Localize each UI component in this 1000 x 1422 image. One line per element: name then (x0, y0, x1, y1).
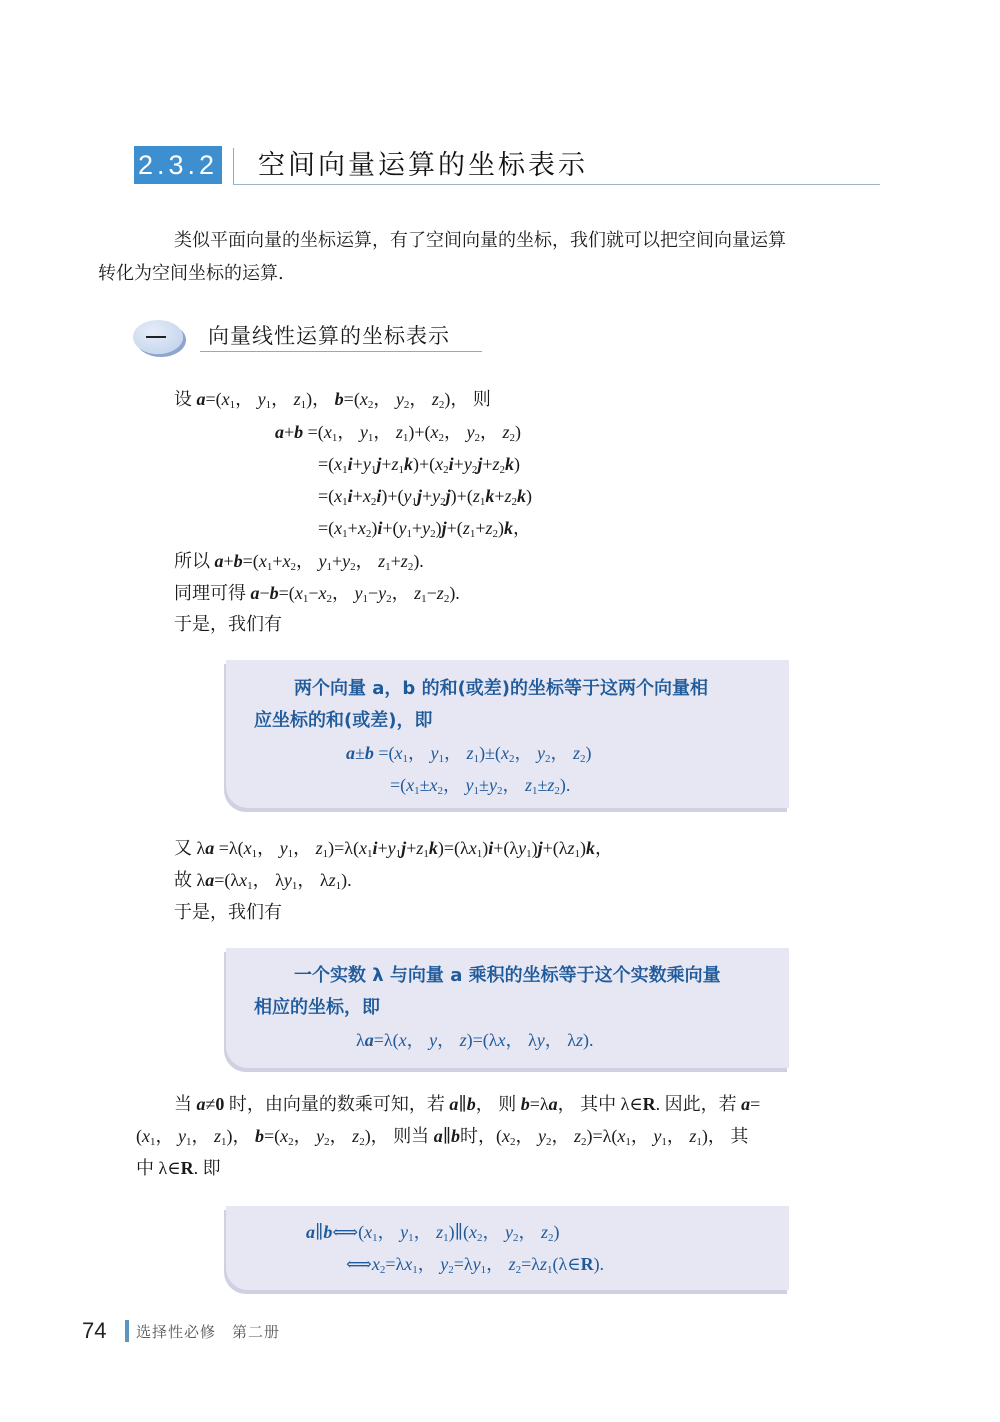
label-hence: 故 (174, 870, 192, 890)
key-box-parallel-condition: a∥b⟺(x1， y1， z1)∥(x2， y2， z2) ⟺x2=λx1， y… (226, 1206, 789, 1290)
label-its: 其 (730, 1126, 748, 1146)
key-box-scalar-multiplication: 一个实数 λ 与向量 a 乘积的坐标等于这个实数乘向量 相应的坐标，即 λa=λ… (226, 948, 789, 1068)
label-middle: 中 (136, 1158, 154, 1178)
parallel-line-1: 当 a≠0 时，由向量的数乘可知，若 a∥b， 则 b=λa， 其中 λ∈R. … (174, 1088, 760, 1120)
label-where: 其中 (580, 1094, 616, 1114)
label-hence-if: 因此，若 (665, 1094, 737, 1114)
footer-divider-bar (125, 1320, 129, 1342)
label-let: 设 (174, 389, 192, 409)
key-box-sum-difference: 两个向量 a，b 的和(或差)的坐标等于这两个向量相 应坐标的和(或差)，即 a… (226, 660, 789, 808)
thus-we-have-2: 于是，我们有 (174, 896, 282, 929)
box2-formula: λa=λ(x， y， z)=(λx， λy， λz). (356, 1024, 593, 1056)
box2-text-line-2: 相应的坐标，即 (254, 992, 380, 1024)
box1-formula-line-2: =(x1±x2， y1±y2， z1±z2). (390, 769, 570, 807)
label-then-2: 则 (498, 1094, 516, 1114)
thus-we-have-1: 于是，我们有 (174, 608, 282, 641)
book-title: 选择性必修 第二册 (136, 1321, 280, 1342)
label-ie: 即 (203, 1158, 221, 1178)
label-therefore: 所以 (174, 551, 210, 571)
page-number: 74 (82, 1318, 106, 1344)
box1-text-line-1: 两个向量 a，b 的和(或差)的坐标等于这两个向量相 (294, 673, 708, 705)
dash-glyph (146, 336, 166, 338)
box3-formula-line-2: ⟺x2=λx1， y2=λy1， z2=λz1(λ∈R). (346, 1248, 604, 1286)
section-header-divider (233, 148, 234, 184)
intro-line-1: 类似平面向量的坐标运算，有了空间向量的坐标，我们就可以把空间向量运算 (174, 230, 786, 251)
intro-line-2: 转化为空间坐标的运算. (98, 263, 284, 284)
subsection-marker (133, 320, 183, 354)
section-number-badge: 2.3.2 (134, 146, 222, 184)
parallel-line-3: 中 λ∈R. 即 (136, 1152, 221, 1184)
section-title: 空间向量运算的坐标表示 (258, 146, 588, 186)
box1-text-line-2: 应坐标的和(或差)，即 (254, 705, 432, 737)
label-when: 当 (174, 1094, 192, 1114)
label-time: 时， (460, 1126, 496, 1146)
label-then-when: 则当 (393, 1126, 429, 1146)
box2-text-line-1: 一个实数 λ 与向量 a 乘积的坐标等于这个实数乘向量 (294, 960, 721, 992)
label-similarly: 同理可得 (174, 583, 246, 603)
intro-paragraph: 类似平面向量的坐标运算，有了空间向量的坐标，我们就可以把空间向量运算 转化为空间… (136, 224, 881, 290)
parallel-line-2: (x1， y1， z1)， b=(x2， y2， z2)， 则当 a∥b时，(x… (136, 1120, 748, 1158)
parallel-text-1: 时，由向量的数乘可知，若 (229, 1094, 445, 1114)
label-also: 又 (174, 838, 192, 858)
label-then: 则 (473, 389, 491, 409)
subsection-underline (200, 351, 482, 352)
subsection-title: 向量线性运算的坐标表示 (208, 321, 450, 351)
